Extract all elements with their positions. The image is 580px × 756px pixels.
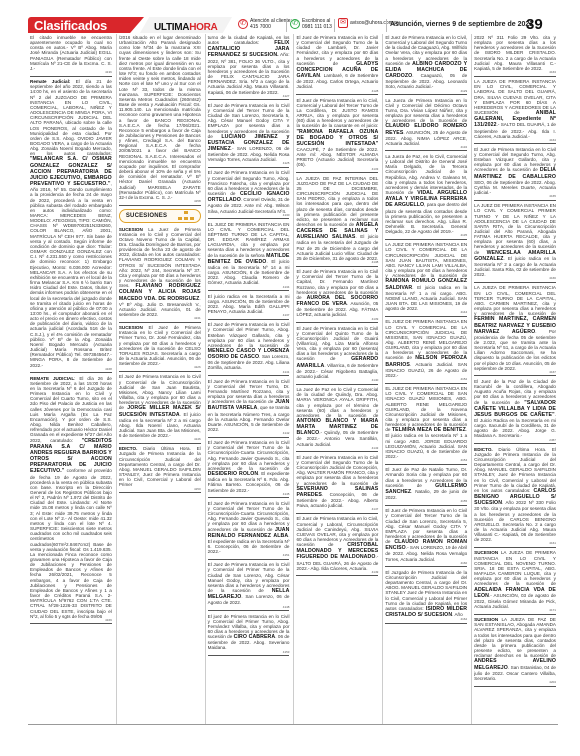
issue-date: Asunción, viernes 9 de septiembre de 202… bbox=[390, 21, 533, 28]
column-6: 2022 Nº 311 Folio 29 Vlto. cita y emplaz… bbox=[471, 34, 558, 724]
notice-text: El Juzgado de Primera Instancia de la Ci… bbox=[385, 570, 467, 611]
notice-code: 4131 bbox=[119, 317, 201, 320]
classified-notice: SUCESION LA JUEZA DE PAZ DE SAN ESTANISL… bbox=[474, 616, 556, 686]
notice-code: 4169 bbox=[30, 619, 112, 622]
notice-tail: , Año 2016, Nº 55. Dando cumplimiento a … bbox=[30, 181, 112, 367]
notice-name: "MELANCAR S.A. C/ OSMAR GONZALEZ GONZALE… bbox=[30, 156, 112, 187]
notice-code: 4140 bbox=[296, 379, 378, 382]
notice-code: 4166 bbox=[474, 277, 556, 280]
notice-code: 2457 bbox=[474, 439, 556, 442]
notice-text: La Juez de Paz en lo Civil y Comercial d… bbox=[296, 387, 378, 418]
classified-notice: El Juez de Primera Instancia en lo Civil… bbox=[208, 439, 290, 498]
notice-code: 4153 bbox=[208, 651, 290, 654]
classified-notice: La Juez de Paz en lo Civil y Comercial d… bbox=[296, 386, 378, 452]
notice-code: 4144 bbox=[385, 311, 467, 314]
notice-text: El Juez de Primera Instancia en lo Civil… bbox=[119, 325, 201, 366]
classified-notice: SUCESION El Juez de Primera Instancia en… bbox=[119, 324, 201, 372]
classifieds-columns: El citado inmueble se encuentra aparente… bbox=[28, 34, 558, 724]
column-4: El Juez de Primera Instancia en lo Civil… bbox=[293, 34, 380, 724]
notice-name: CIRO CABRERA bbox=[234, 634, 276, 640]
classified-notice: El Juez de Primera Instancia en lo Civil… bbox=[208, 561, 290, 611]
notice-code: 4145 bbox=[208, 493, 290, 496]
contact-phone: ✆ Atención al cliente: 415 7000 bbox=[238, 18, 292, 30]
classified-notice: EDICTO. Diario Última Hora. El Juzgado d… bbox=[474, 446, 556, 548]
classified-notice: El Juez de Primera Instancia en lo Civil… bbox=[474, 146, 556, 201]
classified-notice: LA JUEZA DE PRIMERA INSTANCIA EN LO CIVI… bbox=[474, 78, 556, 144]
contact-whatsapp: ✆ Escribinos al 0981 111 013 bbox=[290, 18, 332, 30]
classified-notice: El juicio radica en la Secretaría a mi c… bbox=[208, 293, 290, 320]
notice-text: EL JUEZ DE PRIMERA INSTANCIA EN LO CIVIL… bbox=[385, 386, 467, 432]
notice-text: : El día 26 de Setiembre de 2022, a las … bbox=[30, 376, 112, 443]
classified-notice: LA JUEZA DE PAZ INTERINA DEL JUZGADO DE … bbox=[296, 175, 378, 267]
notice-code: 4167 bbox=[474, 371, 556, 374]
column-1: El citado inmueble se encuentra aparente… bbox=[28, 34, 114, 724]
notice-code: 4139 bbox=[296, 318, 378, 321]
classified-notice: La Jueza de Paz, en lo Civil, Comercial … bbox=[385, 153, 467, 240]
notice-text: La Juez de Primera Instancia en lo Civil… bbox=[119, 227, 201, 289]
notice-text: LA JUEZ DE PRIMERA INSTANCIA EN LO CIVIL… bbox=[474, 203, 556, 254]
notice-text: Diario Última Hora. El Juzgado de Primer… bbox=[119, 446, 201, 487]
notice-tail: Año: 2022, Nº 381, FOLIO 36 VLTO., cita … bbox=[208, 52, 290, 94]
classified-notice: El Juez de Primera Instancia en lo Civil… bbox=[296, 97, 378, 174]
classified-notice: SUCESION La Juez de Primera Instancia en… bbox=[119, 226, 201, 323]
classified-notice: EL JUEZ DE PRIMERA INSTANCIA EN LO CIVIL… bbox=[385, 385, 467, 465]
notice-code: 4126 bbox=[119, 366, 201, 369]
classified-notice: turno de la ciudad de Kapiatá, en los au… bbox=[208, 34, 290, 100]
notice-text: El citado inmueble se encuentra aparente… bbox=[30, 35, 112, 71]
whatsapp-icon: ✆ bbox=[290, 19, 300, 29]
notice-text: LA JUEZA DE PAZ DE SAN ESTANISLAO, Aboga… bbox=[474, 617, 556, 658]
notice-text: LA JUEZA DE PRIMERA INSTANCIA EN LO CIVI… bbox=[474, 550, 556, 586]
family-tree-icon bbox=[178, 211, 194, 220]
notice-tail: SEO, 06 de Septiembre de 2022. Abog. Cyn… bbox=[474, 180, 556, 195]
classified-notice: El Juez de Primera Instancia en lo Civil… bbox=[385, 34, 467, 95]
notice-code: 4204 bbox=[474, 681, 556, 684]
notice-text: LA JUEZA DE PRIMERA INSTANCIA EN LO CIVI… bbox=[474, 285, 556, 316]
newspaper-logo: ULTIMAHORA bbox=[140, 17, 232, 33]
classified-notice: El Juez de Primera Instancia en lo Civil… bbox=[208, 378, 290, 438]
contact-whatsapp-value[interactable]: 0981 111 013 bbox=[302, 24, 332, 30]
classified-notice: REMATE JUDICIAL: El día 26 de Setiembre … bbox=[30, 375, 112, 625]
classified-notice: El Juez de Primera Instancia en lo Civil… bbox=[208, 321, 290, 376]
notice-code: 4154 bbox=[385, 459, 467, 462]
notice-code: 4152 bbox=[385, 378, 467, 381]
notice-text: Diario Última Hora. El Juzgado de Primer… bbox=[474, 447, 556, 493]
notice-code: 4158 bbox=[119, 200, 201, 203]
section-brand-banner: Clasificados bbox=[28, 17, 144, 33]
notice-code: 4146 bbox=[119, 438, 201, 441]
classified-notice: El Juez de Primera Instancia en lo Civil… bbox=[296, 515, 378, 576]
notice-code: 4141 bbox=[208, 371, 290, 374]
classified-notice: Remate Judicial: El día 21 de septiembre… bbox=[30, 78, 112, 373]
classified-notice: El Juez de Primera Instancia en lo Civil… bbox=[208, 500, 290, 560]
notice-code: 4150 bbox=[119, 488, 201, 491]
notice-code: 4127 bbox=[208, 95, 290, 98]
classified-notice: EL JUEZ DE PRIMERA INSTANCIA EN LO CIVIL… bbox=[208, 221, 290, 291]
notice-code: 4164 bbox=[474, 139, 556, 142]
notice-text: El día 21 de septiembre del año 2022, si… bbox=[30, 79, 112, 156]
column-3: turno de la ciudad de Kapiatá, en los au… bbox=[205, 34, 292, 724]
notice-code: 4134 bbox=[208, 286, 290, 289]
column-2: /2016 situado en el lugar denominado Urb… bbox=[116, 34, 203, 724]
classified-notice: El Juez de Primera Instancia en lo Civil… bbox=[208, 169, 290, 219]
notice-code: 4129 bbox=[385, 90, 467, 93]
notice-text: El Juez de Primera Instancia en lo Civil… bbox=[208, 322, 290, 348]
logo-plain: ULTIMA bbox=[154, 22, 189, 33]
classified-notice: EL JUEZ DE PRIMERA INSTANCIA EN LO CIVIL… bbox=[385, 318, 467, 383]
classified-notice: El Juez de Primera Instancia en lo Civil… bbox=[296, 325, 378, 385]
notice-text: El Juez de Primera Instancia en lo Civil… bbox=[208, 440, 290, 471]
page-header: Clasificados ULTIMAHORA ✆ Atención al cl… bbox=[28, 17, 558, 33]
classified-notice: El citado inmueble se encuentra aparente… bbox=[30, 34, 112, 77]
notice-code: 4136 bbox=[30, 71, 112, 74]
classified-notice: /2016 situado en el lugar denominado Urb… bbox=[119, 34, 201, 206]
divider bbox=[386, 19, 387, 32]
classified-notice: El Juez de Primera Instancia en lo Civil… bbox=[296, 268, 378, 323]
phone-icon: ✆ bbox=[238, 19, 248, 29]
notice-text: El Juez de Primera Instancia en lo Civil… bbox=[296, 98, 378, 129]
classified-notice: El Juez de Paz de Natalio Turno, Dr. Arm… bbox=[385, 466, 467, 505]
notice-code: 4155 bbox=[385, 500, 467, 503]
notice-code: 4162 bbox=[385, 618, 467, 621]
footer-rule bbox=[28, 724, 558, 725]
classified-notice: El Juez de Primera Instancia en lo Civil… bbox=[208, 102, 290, 168]
notice-code: 4160 bbox=[385, 562, 467, 565]
notice-text: La Jueza de Paz, en lo Civil, Comercial … bbox=[385, 154, 467, 195]
classified-notice: El Juzgado de Primera Instancia de la Ci… bbox=[385, 569, 467, 624]
divider bbox=[286, 19, 287, 32]
classified-notice: LA JUEZA DE PRIMERA INSTANCIA EN LO CIVI… bbox=[474, 284, 556, 376]
classified-notice: La Jueza de Primera Instancia en lo Civi… bbox=[385, 97, 467, 152]
classified-notice: SUCESION LA JUEZA DE PRIMERA INSTANCIA E… bbox=[474, 549, 556, 614]
notice-code: 4168 bbox=[30, 368, 112, 371]
notice-text: El Juez de Primera Instancia en lo Civil… bbox=[296, 455, 378, 486]
notice-tail: CAACUPÉ, 7 de Setiembre de 2022. Ante mí… bbox=[296, 147, 378, 167]
notice-code: 4138 bbox=[296, 261, 378, 264]
notice-tail: . Año 2022 Nº 330 Folio 30 Vlto. cita y … bbox=[474, 500, 556, 542]
notice-text: 2022 Nº 311 Folio 29 Vlto. cita y emplaz… bbox=[474, 35, 556, 71]
notice-text: LA JUEZ DE PRIMERA INSTANCIA EN LO CIVIL… bbox=[385, 242, 467, 278]
notice-name: TELMIRA MEZA DE BENITEZ bbox=[392, 427, 466, 433]
notice-code: 4161 bbox=[474, 542, 556, 545]
page-number: 39 bbox=[526, 16, 543, 33]
classified-notice: 2022 Nº 311 Folio 29 Vlto. cita y emplaz… bbox=[474, 34, 556, 77]
notice-code: 4142 bbox=[208, 432, 290, 435]
notice-code: 4163 bbox=[474, 71, 556, 74]
notice-text: El juicio radica en la Secretaría a mi c… bbox=[208, 294, 290, 314]
section-header-sucesiones: SUCESIONES bbox=[119, 209, 201, 223]
classified-notice: El Juez de Primera Instancia en lo Civil… bbox=[296, 34, 378, 95]
notice-name: "RAMONA RAFAELA OZUNA DE BOGADO Y OTROS … bbox=[296, 129, 378, 147]
logo-accent: HORA bbox=[189, 22, 217, 33]
notice-code: 4132 bbox=[385, 146, 467, 149]
notice-text: /2016 situado en el lugar denominado Urb… bbox=[119, 35, 201, 200]
notice-code: 4149 bbox=[296, 571, 378, 574]
classified-notice: LA JUEZ DE PRIMERA INSTANCIA EN LO CIVIL… bbox=[385, 241, 467, 317]
notice-text: La Jueza de Primera Instancia en lo Civi… bbox=[385, 98, 467, 124]
notice-text: LA JUEZA DE PAZ INTERINA DEL JUZGADO DE … bbox=[296, 176, 378, 227]
section-brand-title: Clasificados bbox=[28, 18, 107, 33]
classified-notice: El juez de Primera Instancia en lo Civil… bbox=[208, 613, 290, 657]
classified-notice: El Juez de Primera Instancia en lo Civil… bbox=[296, 454, 378, 514]
notice-code: 4171 bbox=[474, 609, 556, 612]
notice-code: 4143 bbox=[296, 447, 378, 450]
classified-notice: EDICTO. Diario Última Hora. El Juzgado d… bbox=[119, 445, 201, 493]
classified-notice: El Juez de Primera Instancia en lo Civil… bbox=[119, 373, 201, 443]
notice-code: 4148 bbox=[208, 606, 290, 609]
classified-notice: LA JUEZ DE PRIMERA INSTANCIA EN LO CIVIL… bbox=[474, 202, 556, 283]
classified-notice: El Juez de la Paz de la Ciudad de Itacur… bbox=[474, 378, 556, 444]
notice-code: 4135 bbox=[385, 234, 467, 237]
notice-code: 4130 bbox=[208, 214, 290, 217]
notice-code: 4128 bbox=[296, 90, 378, 93]
notice-tail: . Por providencia de fecha 05 de setiemb… bbox=[474, 329, 556, 371]
section-label: SUCESIONES bbox=[126, 213, 167, 219]
column-5: El Juez de Primera Instancia en lo Civil… bbox=[382, 34, 469, 724]
notice-tail: conforme al proveído de fecha 19 de Agos… bbox=[30, 468, 112, 618]
notice-code: 4165 bbox=[474, 195, 556, 198]
notice-code: 4151 bbox=[208, 554, 290, 557]
notice-name: DESIDERIO ROLON bbox=[208, 471, 259, 477]
mail-icon: ✉ bbox=[338, 18, 348, 28]
notice-code: 4125 bbox=[208, 162, 290, 165]
notice-code: 4133 bbox=[296, 168, 378, 171]
classified-notice: El Juez de Primera Instancia en lo Civil… bbox=[385, 507, 467, 567]
divider bbox=[334, 19, 335, 32]
notice-code: 4147 bbox=[296, 508, 378, 511]
notice-text: EL JUEZ DE PRIMERA INSTANCIA EN LO CIVIL… bbox=[385, 319, 467, 360]
notice-code: 4137 bbox=[208, 314, 290, 317]
